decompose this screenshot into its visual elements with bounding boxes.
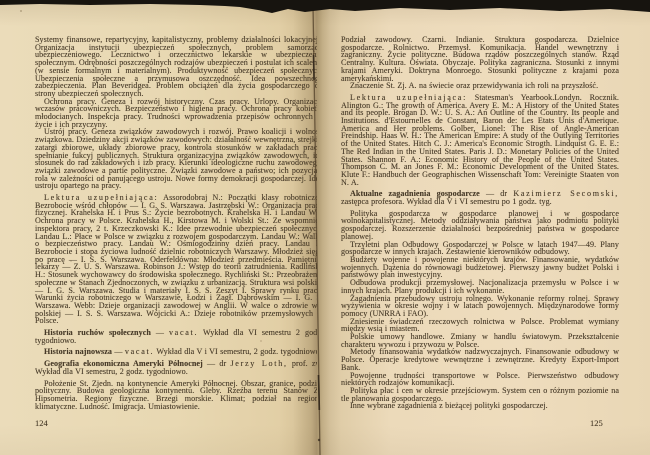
paragraph: Podział zawodowy. Czarni. Indianie. Stru…	[341, 36, 619, 82]
text-run: Metody finansowania wydatków nadzwyczajn…	[341, 347, 619, 371]
paragraph: Zniesienie świadczeń rzeczowych rolnictw…	[341, 318, 619, 333]
paragraph: Lektura uzupełniająca: Statesman's Yearb…	[341, 94, 619, 186]
paragraph: Aktualne zagadnienia gospodarcze — dr Ka…	[341, 190, 619, 205]
paragraph: Geografia ekonomiczna Ameryki Północnej …	[35, 360, 323, 375]
paragraph: Ochrona pracy. Geneza i rozwój historycz…	[35, 98, 323, 129]
text-run: — dr	[203, 359, 231, 368]
text-run: Inne wybrane zagadnienia z bieżącej poli…	[350, 401, 548, 410]
text-run: Znaczenie St. Zj. A. na świecie oraz prz…	[350, 81, 598, 90]
paragraph: Budżety wojenne i powojenne niektórych k…	[341, 256, 619, 279]
page-number-left: 124	[35, 418, 48, 428]
paragraph: Inne wybrane zagadnienia z bieżącej poli…	[341, 402, 619, 410]
text-run: Powojenne trudności transportowe w Polsc…	[341, 371, 619, 388]
paragraph: Polskie umowy handlowe. Zmiany w handlu …	[341, 333, 619, 348]
page-left-text: Systemy finansowe, repartycyjny, kapital…	[35, 36, 323, 410]
text-run: Podział zawodowy. Czarni. Indianie. Stru…	[341, 35, 619, 83]
paragraph: Znaczenie St. Zj. A. na świecie oraz prz…	[341, 82, 619, 90]
text-run: —	[112, 347, 125, 356]
paragraph: Trzyletni plan Odbudowy Gospodarczej w P…	[341, 241, 619, 256]
text-run: Budżety wojenne i powojenne niektórych k…	[341, 255, 619, 279]
course-title: Historia najnowsza	[44, 347, 112, 356]
paragraph: Polityka gospodarcza w gospodarce planow…	[341, 210, 619, 241]
text-run: Statesman's Yearbook.Londyn. Rocznik. Al…	[341, 93, 619, 187]
text-run: Assorodobraj N.: Początki klasy robotnic…	[35, 193, 323, 325]
text-run: Wykład dla V i VI semestru, 2 godz. tygo…	[154, 347, 322, 356]
paragraph: Ustrój pracy. Geneza związków zawodowych…	[35, 128, 323, 190]
paragraph: Historia ruchów społecznych — vacat. Wyk…	[35, 329, 323, 344]
paragraph: Historia najnowsza — vacat. Wykład dla V…	[35, 348, 323, 356]
paragraph: Polityka płac i cen w okresie przejściow…	[341, 387, 619, 402]
text-run: Ustrój pracy. Geneza związków zawodowych…	[35, 127, 323, 190]
text-run: Zniesienie świadczeń rzeczowych rolnictw…	[341, 317, 619, 334]
text-run: Polityka gospodarcza w gospodarce planow…	[341, 209, 619, 241]
text-run: vacat.	[125, 347, 154, 356]
text-run: Zagadnienia przebudowy ustroju rolnego. …	[341, 294, 619, 318]
page-right-text: Podział zawodowy. Czarni. Indianie. Stru…	[341, 36, 619, 410]
page-number-right: 125	[590, 418, 603, 428]
paper-speckles	[20, 10, 22, 12]
text-run: —	[151, 328, 169, 337]
book-scan: Systemy finansowe, repartycyjny, kapital…	[0, 0, 650, 455]
text-run: Trzyletni plan Odbudowy Gospodarczej w P…	[341, 240, 619, 257]
text-run: Położenie St. Zjedn. na kontynencie Amer…	[35, 379, 323, 411]
text-run: Odbudowa produkcji przemysłowej. Nacjona…	[341, 278, 619, 295]
text-run: Systemy finansowe, repartycyjny, kapital…	[35, 35, 323, 98]
text-run: Polityka płac i cen w okresie przejściow…	[341, 386, 619, 403]
text-run: vacat.	[169, 328, 198, 337]
paragraph: Zagadnienia przebudowy ustroju rolnego. …	[341, 295, 619, 318]
page-left: Systemy finansowe, repartycyjny, kapital…	[0, 0, 317, 455]
text-run: Ochrona pracy. Geneza i rozwój historycz…	[35, 97, 323, 129]
paragraph: Lektura uzupełniająca: Assorodobraj N.: …	[35, 194, 323, 325]
paragraph: Odbudowa produkcji przemysłowej. Nacjona…	[341, 279, 619, 294]
text-run: Jerzy Loth,	[230, 359, 287, 368]
text-run: zastępca profesora. Wykład dla V i VI se…	[341, 197, 552, 206]
paragraph: Metody finansowania wydatków nadzwyczajn…	[341, 348, 619, 371]
paragraph: Systemy finansowe, repartycyjny, kapital…	[35, 36, 323, 98]
text-run: Polskie umowy handlowe. Zmiany w handlu …	[341, 332, 619, 349]
paragraph: Położenie St. Zjedn. na kontynencie Amer…	[35, 380, 323, 411]
paragraph: Powojenne trudności transportowe w Polsc…	[341, 372, 619, 387]
